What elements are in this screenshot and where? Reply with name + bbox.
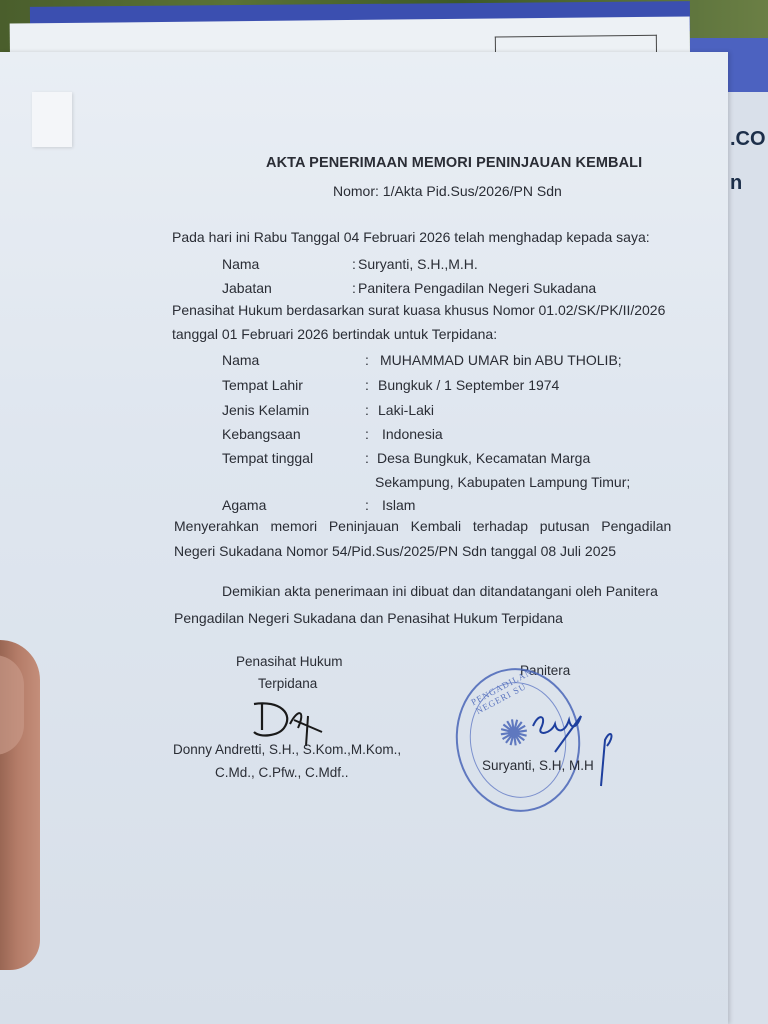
- opening-statement: Pada hari ini Rabu Tanggal 04 Februari 2…: [172, 229, 650, 245]
- convict-residence-value-2: Sekampung, Kabupaten Lampung Timur;: [375, 474, 630, 490]
- officer-position-value: Panitera Pengadilan Negeri Sukadana: [358, 280, 596, 296]
- officer-name-value: Suryanti, S.H.,M.H.: [358, 256, 478, 272]
- convict-residence-value: Desa Bungkuk, Kecamatan Marga: [377, 450, 590, 466]
- submission-line-2: Negeri Sukadana Nomor 54/Pid.Sus/2025/PN…: [174, 543, 616, 559]
- convict-name-colon: :: [365, 352, 369, 368]
- counsel-name-line-2: C.Md., C.Pfw., C.Mdf..: [215, 765, 349, 780]
- convict-name-label: Nama: [222, 352, 259, 368]
- submission-line-1: Menyerahkan memori Peninjauan Kembali te…: [174, 518, 671, 534]
- convict-religion-value: Islam: [382, 497, 415, 513]
- document-page: AKTA PENERIMAAN MEMORI PENINJAUAN KEMBAL…: [0, 52, 728, 1024]
- paper-fold: [32, 92, 72, 147]
- convict-birth-label: Tempat Lahir: [222, 377, 303, 393]
- convict-birth-colon: :: [365, 377, 369, 393]
- counsel-statement-line-2: tanggal 01 Februari 2026 bertindak untuk…: [172, 326, 497, 342]
- convict-nationality-value: Indonesia: [382, 426, 443, 442]
- registrar-signature-icon: [525, 706, 615, 796]
- officer-name-colon: :: [352, 256, 356, 272]
- registrar-name: Suryanti, S.H, M.H: [482, 758, 594, 773]
- counsel-signature-icon: [250, 698, 340, 748]
- back-paper-right: .CO n: [726, 92, 768, 1024]
- convict-religion-label: Agama: [222, 497, 266, 513]
- counsel-role-line-2: Terpidana: [258, 676, 317, 691]
- officer-name-label: Nama: [222, 256, 259, 272]
- officer-position-label: Jabatan: [222, 280, 272, 296]
- convict-nationality-label: Kebangsaan: [222, 426, 301, 442]
- convict-name-value: MUHAMMAD UMAR bin ABU THOLIB;: [380, 352, 622, 368]
- counsel-role-line-1: Penasihat Hukum: [236, 654, 343, 669]
- back-paper-fragment: .CO: [730, 128, 766, 151]
- convict-gender-value: Laki-Laki: [378, 402, 434, 418]
- convict-religion-colon: :: [365, 497, 369, 513]
- convict-residence-colon: :: [365, 450, 369, 466]
- convict-residence-label: Tempat tinggal: [222, 450, 313, 466]
- closing-line-1: Demikian akta penerimaan ini dibuat dan …: [222, 583, 658, 599]
- document-number: Nomor: 1/Akta Pid.Sus/2026/PN Sdn: [333, 183, 562, 199]
- back-paper-fragment: n: [730, 172, 742, 195]
- counsel-name-line-1: Donny Andretti, S.H., S.Kom.,M.Kom.,: [173, 742, 401, 757]
- convict-gender-label: Jenis Kelamin: [222, 402, 309, 418]
- officer-position-colon: :: [352, 280, 356, 296]
- counsel-statement-line-1: Penasihat Hukum berdasarkan surat kuasa …: [172, 302, 665, 318]
- closing-line-2: Pengadilan Negeri Sukadana dan Penasihat…: [174, 610, 563, 626]
- convict-gender-colon: :: [365, 402, 369, 418]
- convict-nationality-colon: :: [365, 426, 369, 442]
- convict-birth-value: Bungkuk / 1 September 1974: [378, 377, 559, 393]
- document-title: AKTA PENERIMAAN MEMORI PENINJAUAN KEMBAL…: [266, 155, 642, 171]
